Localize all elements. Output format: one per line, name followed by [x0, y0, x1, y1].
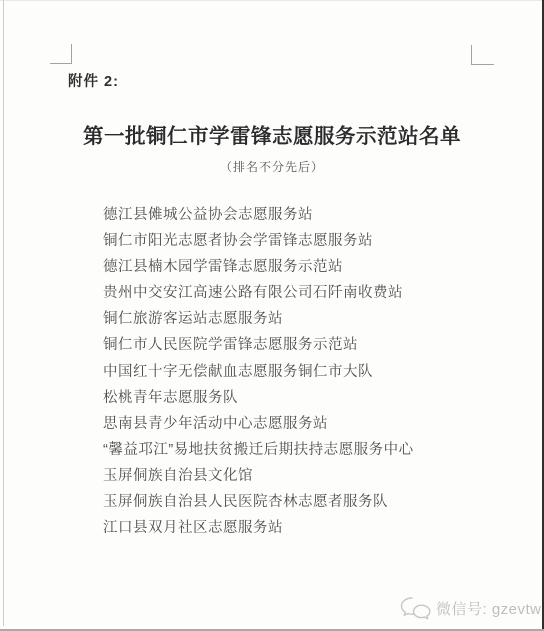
wechat-icon	[400, 596, 431, 621]
attachment-label: 附件 2:	[68, 70, 119, 91]
list-item: “馨益邛江”易地扶贫搬迁后期扶持志愿服务中心	[103, 437, 503, 463]
list-item: 中国红十字无偿献血志愿服务铜仁市大队	[103, 359, 503, 385]
list-item: 德江县傩城公益协会志愿服务站	[103, 202, 503, 228]
list-item: 铜仁市阳光志愿者协会学雷锋志愿服务站	[103, 228, 503, 254]
list-item: 铜仁旅游客运站志愿服务站	[103, 306, 503, 332]
list-item: 思南县青少年活动中心志愿服务站	[103, 411, 503, 437]
list-item: 江口县双月社区志愿服务站	[103, 515, 503, 541]
list-item: 松桃青年志愿服务队	[103, 385, 503, 411]
document-page: 附件 2: 第一批铜仁市学雷锋志愿服务示范站名单 （排名不分先后） 德江县傩城公…	[0, 0, 544, 631]
margin-crop-mark-left	[50, 44, 72, 64]
page-subtitle: （排名不分先后）	[0, 158, 544, 175]
list-item: 贵州中交安江高速公路有限公司石阡南收费站	[103, 280, 503, 306]
page-title: 第一批铜仁市学雷锋志愿服务示范站名单	[0, 119, 544, 149]
margin-crop-mark-right	[471, 45, 494, 65]
watermark-text: 微信号: gzevtw	[436, 598, 542, 619]
list-item: 玉屏侗族自治县文化馆	[103, 463, 503, 489]
page-edge-left	[3, 0, 4, 626]
page-edge-top	[0, 0, 544, 1]
list-item: 铜仁市人民医院学雷锋志愿服务示范站	[103, 332, 503, 358]
station-list: 德江县傩城公益协会志愿服务站 铜仁市阳光志愿者协会学雷锋志愿服务站 德江县楠木园…	[103, 202, 503, 541]
list-item: 玉屏侗族自治县人民医院杏林志愿者服务队	[103, 489, 503, 515]
watermark: 微信号: gzevtw	[400, 596, 542, 621]
list-item: 德江县楠木园学雷锋志愿服务示范站	[103, 254, 503, 280]
